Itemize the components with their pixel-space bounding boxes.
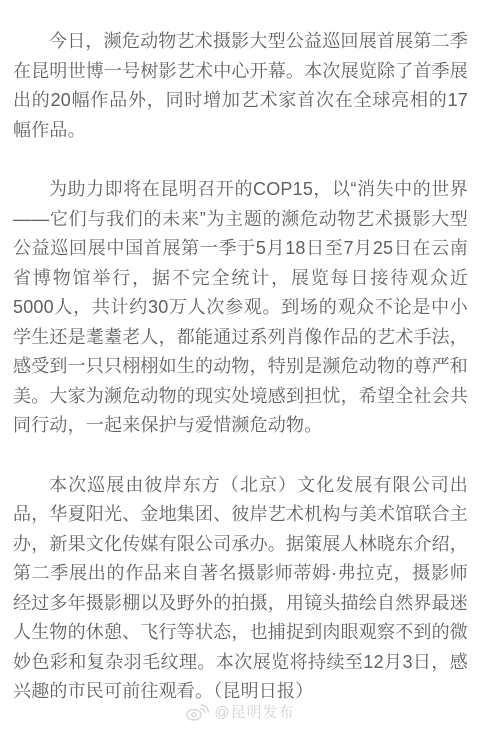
article-page: 今日，濒危动物艺术摄影大型公益巡回展首展第二季在昆明世博一号树影艺术中心开幕。本… [0,0,480,735]
watermark-handle: @昆明发布 [214,701,294,722]
weibo-icon [185,702,209,722]
article-body: 今日，濒危动物艺术摄影大型公益巡回展首展第二季在昆明世博一号树影艺术中心开幕。本… [0,0,480,707]
watermark: @昆明发布 [0,701,480,722]
article-paragraph-3: 本次巡展由彼岸东方（北京）文化发展有限公司出品，华夏阳光、金地集团、彼岸艺术机构… [13,471,468,707]
article-paragraph-1: 今日，濒危动物艺术摄影大型公益巡回展首展第二季在昆明世博一号树影艺术中心开幕。本… [13,27,468,145]
article-paragraph-2: 为助力即将在昆明召开的COP15，以“消失中的世界——它们与我们的未来”为主题的… [13,175,468,441]
